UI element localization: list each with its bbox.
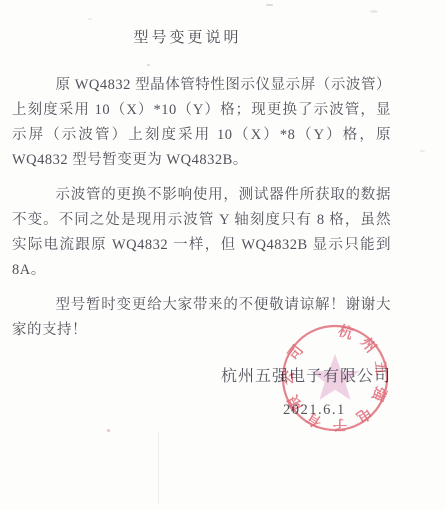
scan-fold-line	[158, 432, 159, 504]
scan-speck	[147, 64, 150, 66]
company-name: 杭州五强电子有限公司	[221, 363, 391, 386]
scan-speck	[266, 4, 273, 6]
scan-speck	[107, 429, 110, 432]
page-title: 型号变更说明	[0, 26, 410, 47]
paragraph-model-change: 原 WQ4832 型晶体管特性图示仪显示屏（示波管）上刻度采用 10（X）*10…	[12, 73, 391, 173]
scan-speck	[370, 10, 378, 13]
document-body: 原 WQ4832 型晶体管特性图示仪显示屏（示波管）上刻度采用 10（X）*10…	[12, 73, 391, 343]
scan-speck	[420, 150, 425, 152]
document-page: 型号变更说明 原 WQ4832 型晶体管特性图示仪显示屏（示波管）上刻度采用 1…	[0, 0, 445, 510]
signature-date: 2021.6.1	[283, 402, 346, 419]
scan-speck	[88, 18, 92, 20]
paragraph-usage-note: 示波管的更换不影响使用，测试器件所获取的数据不变。不同之处是现用示波管 Y 轴刻…	[12, 183, 391, 283]
paragraph-apology: 型号暂时变更给大家带来的不便敬请谅解！谢谢大家的支持！	[12, 293, 391, 343]
